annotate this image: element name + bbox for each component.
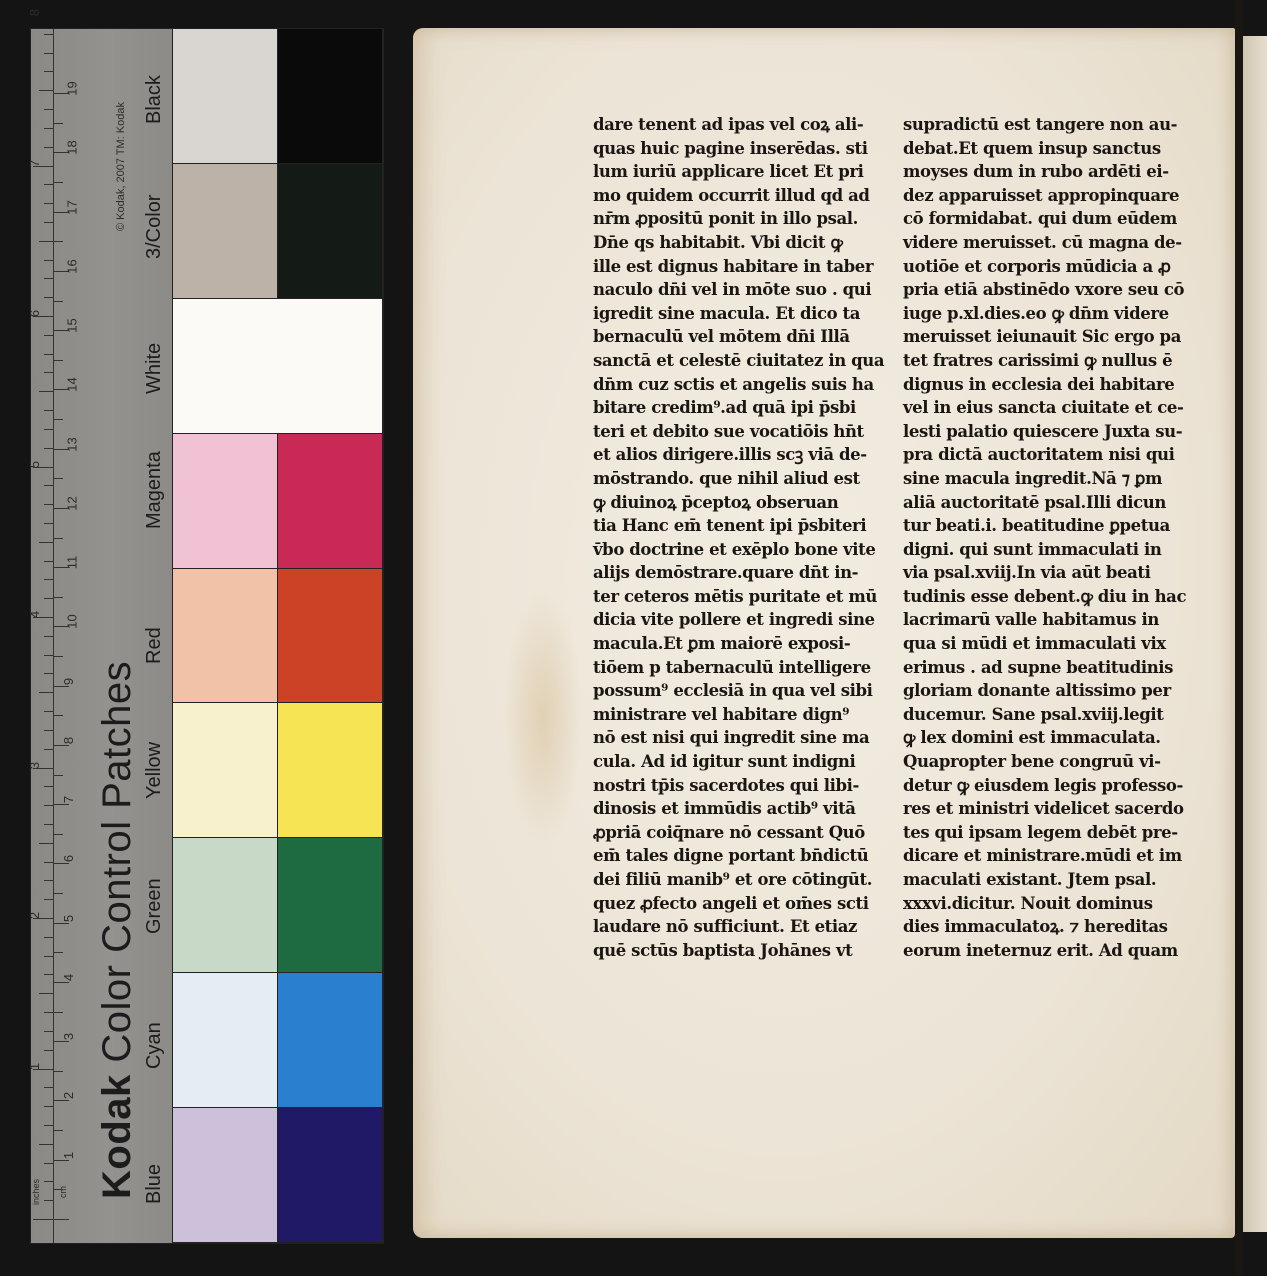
ruler-tick: [44, 53, 53, 54]
ruler-tick: [44, 1087, 53, 1088]
ruler-inch-number: 4: [27, 611, 42, 618]
patch-cyan-dark: [278, 973, 383, 1108]
ruler-tick: [44, 203, 53, 204]
ruler-tick: [53, 715, 63, 716]
text-line: laudare nō sufficiunt. Et etiaz: [593, 915, 893, 939]
ruler-cm-number: 18: [65, 141, 80, 155]
ruler-tick: [53, 1012, 63, 1013]
ruler-tick: [44, 655, 53, 656]
patch-blue-dark: [278, 1108, 383, 1243]
ruler-tick: [53, 1219, 69, 1220]
text-line: ducemur. Sane psal.xviij.legit: [903, 703, 1203, 727]
ruler-tick: [53, 745, 69, 746]
text-line: lacrimarū valle habitamus in: [903, 608, 1203, 632]
ruler-tick: [44, 636, 53, 637]
text-line: dare tenent ad ipas vel coꝝ ali-: [593, 113, 893, 137]
ruler-tick: [44, 824, 53, 825]
ruler-tick: [39, 1144, 53, 1145]
ruler-tick: [53, 1100, 69, 1101]
text-line: bitare credim⁹.ad quā ipi p̄sbi: [593, 396, 893, 420]
ruler-tick: [44, 128, 53, 129]
text-line: dn̄m cuz sctis et angelis suis ha: [593, 373, 893, 397]
text-line: Dn̄e qs habitabit. Vbi dicit ꝙ: [593, 231, 893, 255]
text-line: dinosis et immūdis actib⁹ vitā: [593, 797, 893, 821]
text-line: macula.Et ꝑm maiorē exposi-: [593, 632, 893, 656]
ruler-tick: [44, 956, 53, 957]
text-line: alijs demōstrare.quare dn̄t in-: [593, 561, 893, 585]
ruler-tick: [53, 538, 63, 539]
ruler-cm-number: 1: [61, 1152, 76, 1159]
text-line: igredit sine macula. Et dico ta: [593, 302, 893, 326]
ruler-tick: [53, 1160, 69, 1161]
text-line: erimus . ad supne beatitudinis: [903, 656, 1203, 680]
ruler-inch-number: 7: [27, 159, 42, 166]
target-title: Kodak Color Control Patches: [95, 661, 140, 1199]
ruler-tick: [44, 561, 53, 562]
ruler-cm-number: 5: [61, 915, 76, 922]
ruler-tick: [44, 899, 53, 900]
ruler-tick: [39, 993, 53, 994]
text-line: qua si mūdi et immaculati vix: [903, 632, 1203, 656]
patch-magenta-dark: [278, 434, 383, 569]
copyright-notice: © Kodak, 2007 TM: Kodak: [115, 102, 127, 231]
ruler-tick: [44, 222, 53, 223]
ruler-inch-number: 1: [27, 1062, 42, 1069]
text-line: quez ꝓfecto angeli et om̄es scti: [593, 892, 893, 916]
text-line: tet fratres carissimi ꝙ nullus ē: [903, 349, 1203, 373]
patch-cyan-light: [173, 973, 278, 1108]
text-line: supradictū est tangere non au-: [903, 113, 1203, 137]
ruler-tick: [39, 90, 53, 91]
text-line: lesti palatio quiescere Juxta su-: [903, 420, 1203, 444]
ruler-tick: [44, 71, 53, 72]
text-line: dies immaculatoꝝ. ⁊ hereditas: [903, 915, 1203, 939]
text-line: ꝙ diuinoꝝ p̄ceptoꝝ obseruan: [593, 491, 893, 515]
ruler-tick: [44, 1050, 53, 1051]
text-line: moyses dum in rubo ardēti ei-: [903, 160, 1203, 184]
text-line: via psal.xviij.In via aūt beati: [903, 561, 1203, 585]
ruler-tick: [53, 656, 63, 657]
ruler-tick: [44, 1200, 53, 1201]
text-line: pra dictā auctoritatem nisi qui: [903, 443, 1203, 467]
text-line: ꝙ lex domini est immaculata.: [903, 726, 1203, 750]
patch-red-dark: [278, 569, 383, 704]
text-line: sine macula ingredit.Nā ⁊ ꝑm: [903, 467, 1203, 491]
patch-label: 3/Color: [143, 195, 166, 259]
ruler-tick: [44, 504, 53, 505]
text-line: ꝓpriā coiq̄nare nō cessant Quō: [593, 821, 893, 845]
ruler-tick: [53, 863, 69, 864]
ruler-tick: [44, 673, 53, 674]
ruler-tick: [39, 692, 53, 693]
ruler-cm-number: 11: [64, 556, 79, 570]
text-line: em̄ tales digne portant bn̄dictū: [593, 844, 893, 868]
ruler-tick: [53, 1071, 63, 1072]
ruler-tick: [53, 301, 63, 302]
text-line: xxxvi.dicitur. Nouit dominus: [903, 892, 1203, 916]
ruler-inch-number: 2: [27, 912, 42, 919]
ruler-tick: [53, 1041, 69, 1042]
color-patches-grid: [172, 29, 383, 1243]
patch-3-color-dark: [278, 164, 383, 299]
patch-label: Cyan: [143, 1022, 166, 1069]
text-line: videre meruisset. cū magna de-: [903, 231, 1203, 255]
ruler-cm-number: 8: [61, 737, 76, 744]
ruler-cm-number: 14: [65, 378, 80, 392]
ruler-tick: [53, 597, 63, 598]
text-line: ministrare vel habitare dign⁹: [593, 703, 893, 727]
ruler-tick: [44, 1125, 53, 1126]
patch-white: [173, 299, 383, 434]
patch-black-dark: [278, 29, 383, 164]
text-line: dicare et ministrare.mūdi et im: [903, 844, 1203, 868]
ruler-tick: [44, 1031, 53, 1032]
patch-label: White: [143, 343, 166, 394]
patch-green-light: [173, 838, 278, 973]
ruler-tick: [53, 1189, 63, 1190]
patch-green-dark: [278, 838, 383, 973]
target-title-text: Color Control Patches: [95, 661, 139, 1063]
ruler-inch-number: 6: [27, 310, 42, 317]
text-line: quē sctūs baptista Johānes vt: [593, 939, 893, 963]
ruler-inches-label: inches: [31, 1179, 41, 1205]
patch-label: Magenta: [143, 451, 166, 529]
text-line: debat.Et quem insup sanctus: [903, 137, 1203, 161]
text-line: vel in eius sancta ciuitate et ce-: [903, 396, 1203, 420]
text-line: res et ministri videlicet sacerdo: [903, 797, 1203, 821]
ruler-inch-number: 5: [27, 460, 42, 467]
ruler-tick: [39, 391, 53, 392]
patch-label: Green: [143, 878, 166, 934]
ruler-tick: [33, 1219, 53, 1220]
ruler-tick: [53, 419, 63, 420]
ruler-tick: [44, 354, 53, 355]
ruler-tick: [44, 448, 53, 449]
text-line: tes qui ipsam legem debēt pre-: [903, 821, 1203, 845]
water-stain: [503, 588, 583, 848]
page-gutter: [1235, 0, 1243, 1276]
ruler-cm-number: 15: [65, 318, 80, 332]
ruler-tick: [53, 123, 63, 124]
ruler-tick: [53, 241, 63, 242]
ruler-tick: [44, 805, 53, 806]
ruler-cm-number: 10: [65, 615, 80, 629]
ruler-cm-number: 7: [61, 796, 76, 803]
ruler-tick: [53, 686, 69, 687]
ruler-tick: [53, 775, 63, 776]
text-line: tur beati.i. beatitudine ꝑpetua: [903, 514, 1203, 538]
ruler-tick: [44, 109, 53, 110]
ruler-tick: [39, 542, 53, 543]
text-line: dez apparuisset appropinquare: [903, 184, 1203, 208]
ruler-tick: [44, 598, 53, 599]
ruler-tick: [39, 843, 53, 844]
text-line: dignus in ecclesia dei habitare: [903, 373, 1203, 397]
ruler-tick: [53, 804, 69, 805]
ruler-tick: [44, 1181, 53, 1182]
ruler-cm-number: 19: [65, 81, 80, 95]
text-line: naculo dn̄i vel in mōte suo . qui: [593, 278, 893, 302]
ruler-tick: [44, 974, 53, 975]
ruler-tick: [53, 952, 63, 953]
ruler-cm-number: 4: [61, 974, 76, 981]
patch-magenta-light: [173, 434, 278, 569]
ruler-tick: [53, 923, 69, 924]
text-line: teri et debito sue vocatiōis hn̄t: [593, 420, 893, 444]
patch-black-light: [173, 29, 278, 164]
text-line: cō formidabat. qui dum eūdem: [903, 207, 1203, 231]
ruler-cm-number: 17: [65, 200, 80, 214]
ruler-tick: [44, 523, 53, 524]
ruler-tick: [44, 260, 53, 261]
text-line: pria etiā abstinēdo vxore seu cō: [903, 278, 1203, 302]
ruler-tick: [44, 429, 53, 430]
ruler-tick: [44, 749, 53, 750]
ruler-tick: [53, 182, 63, 183]
ruler-cm-number: 9: [61, 678, 76, 685]
patch-blue-light: [173, 1108, 278, 1243]
ruler-tick: [44, 880, 53, 881]
patch-label: Blue: [143, 1164, 166, 1204]
text-line: eorum ineternuz erit. Ad quam: [903, 939, 1203, 963]
patch-label: Black: [143, 76, 166, 125]
ruler-tick: [44, 335, 53, 336]
ruler-tick: [53, 1130, 63, 1131]
ruler-cm-number: 12: [65, 496, 80, 510]
text-line: ille est dignus habitare in taber: [593, 255, 893, 279]
text-line: v̄bo doctrine et exēplo bone vite: [593, 538, 893, 562]
text-line: tudinis esse debent.ꝙ diu in hac: [903, 585, 1203, 609]
brand-name: Kodak: [95, 1074, 139, 1199]
patch-3-color-light: [173, 164, 278, 299]
adjacent-page-edge: [1243, 36, 1267, 1232]
ruler-tick: [44, 34, 53, 35]
ruler-tick: [53, 834, 63, 835]
text-line: aliā auctoritatē psal.Illi dicun: [903, 491, 1203, 515]
ruler-tick: [53, 893, 63, 894]
ruler-cm-label: cm: [58, 1186, 68, 1198]
ruler-tick: [53, 360, 63, 361]
patch-yellow-dark: [278, 703, 383, 838]
patch-yellow-light: [173, 703, 278, 838]
text-line: mo quidem occurrit illud qd ad: [593, 184, 893, 208]
text-line: cula. Ad id igitur sunt indigni: [593, 750, 893, 774]
ruler-tick: [44, 485, 53, 486]
text-line: possum⁹ ecclesiā in qua vel sibi: [593, 679, 893, 703]
ruler-tick: [44, 278, 53, 279]
text-line: nostri tp̄is sacerdotes qui libi-: [593, 774, 893, 798]
text-line: dicia vite pollere et ingredi sine: [593, 608, 893, 632]
ruler-tick: [44, 1012, 53, 1013]
text-line: gloriam donante altissimo per: [903, 679, 1203, 703]
text-line: ter ceteros mētis puritate et mū: [593, 585, 893, 609]
text-line: Quapropter bene congruū vi-: [903, 750, 1203, 774]
ruler-tick: [44, 297, 53, 298]
ruler-tick: [44, 1163, 53, 1164]
ruler-tick: [53, 478, 63, 479]
text-line: lum iuriū applicare licet Et pri: [593, 160, 893, 184]
text-line: digni. qui sunt immaculati in: [903, 538, 1203, 562]
text-line: meruisset ieiunauit Sic ergo pa: [903, 325, 1203, 349]
text-line: detur ꝙ eiusdem legis professo-: [903, 774, 1203, 798]
text-line: tia Hanc em̄ tenent ipi p̄sbiteri: [593, 514, 893, 538]
text-line: nr̄m ꝓpositū ponit in illo psal.: [593, 207, 893, 231]
ruler-cm-number: 3: [61, 1033, 76, 1040]
ruler-tick: [44, 579, 53, 580]
text-line: iuge p.xl.dies.eo ꝙ dn̄m videre: [903, 302, 1203, 326]
kodak-color-target: inches cm 123456781234567891011121314151…: [30, 28, 384, 1244]
ruler-tick: [44, 937, 53, 938]
ruler-tick: [53, 982, 69, 983]
text-line: quas huic pagine inserēdas. sti: [593, 137, 893, 161]
ruler-tick: [44, 730, 53, 731]
ruler-tick: [44, 711, 53, 712]
ruler-cm-number: 13: [65, 437, 80, 451]
text-line: nō est nisi qui ingredit sine ma: [593, 726, 893, 750]
text-line: uotiōe et corporis mūdicia a ꝓ: [903, 255, 1203, 279]
ruler-tick: [44, 410, 53, 411]
text-line: tiōem p tabernaculū intelligere: [593, 656, 893, 680]
text-line: dei filiū manib⁹ et ore cōtingūt.: [593, 868, 893, 892]
text-line: mōstrando. que nihil aliud est: [593, 467, 893, 491]
ruler-tick: [44, 786, 53, 787]
text-line: et alios dirigere.illis scꝫ viā de-: [593, 443, 893, 467]
ruler-tick: [39, 241, 53, 242]
ruler-tick: [44, 1106, 53, 1107]
ruler-inch-number: 8: [27, 9, 42, 16]
ruler-cm-number: 6: [61, 855, 76, 862]
ruler-cm-number: 16: [65, 259, 80, 273]
text-line: bernaculū vel mōtem dn̄i Illā: [593, 325, 893, 349]
text-column-left: dare tenent ad ipas vel coꝝ ali-quas hui…: [593, 113, 893, 962]
patch-label: Red: [143, 627, 166, 664]
ruler-tick: [44, 862, 53, 863]
patch-red-light: [173, 569, 278, 704]
text-line: sanctā et celestē ciuitatez in qua: [593, 349, 893, 373]
ruler-cm-number: 2: [61, 1092, 76, 1099]
ruler-tick: [44, 147, 53, 148]
text-column-right: supradictū est tangere non au-debat.Et q…: [903, 113, 1203, 962]
ruler-tick: [44, 184, 53, 185]
ruler-inch-number: 3: [27, 761, 42, 768]
ruler-tick: [44, 372, 53, 373]
text-line: maculati existant. Jtem psal.: [903, 868, 1203, 892]
patch-label: Yellow: [143, 742, 166, 799]
